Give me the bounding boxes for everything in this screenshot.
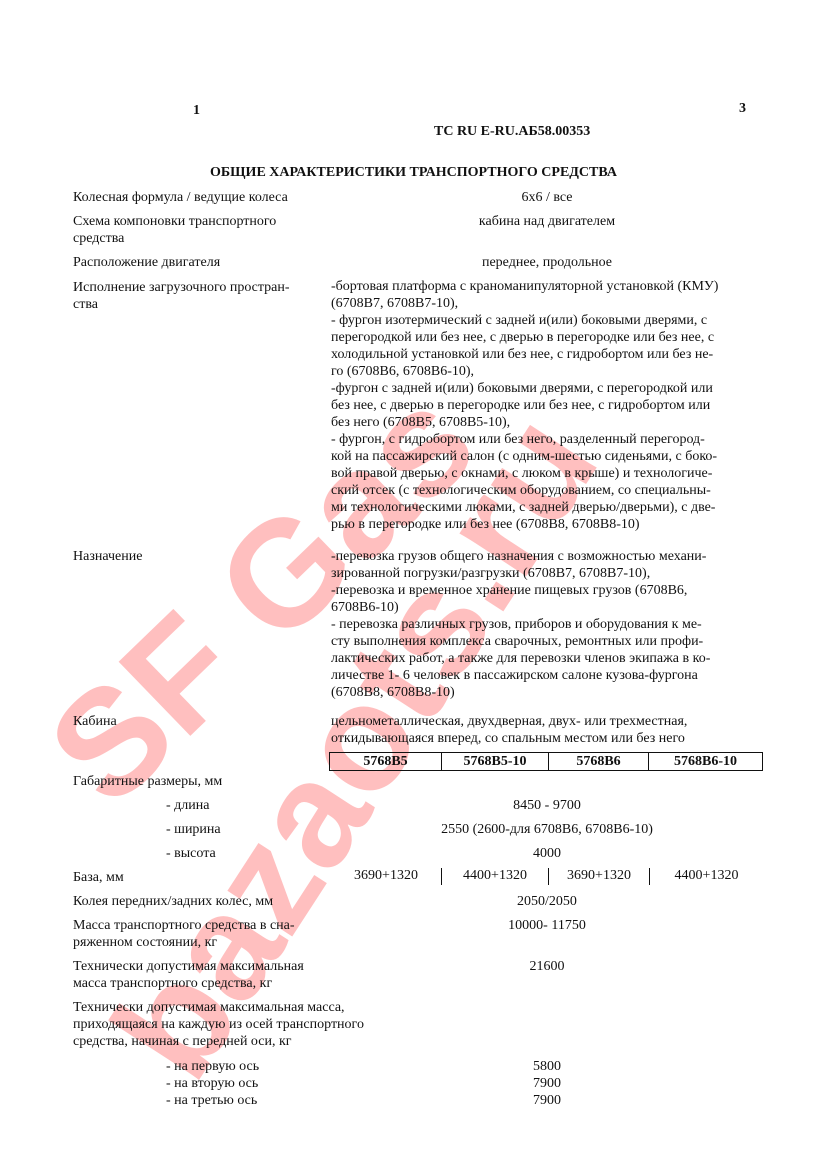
- purpose-line: -перевозка грузов общего назначения с во…: [331, 548, 763, 565]
- length-value: 8450 - 9700: [331, 797, 763, 814]
- width-label: - ширина: [166, 821, 221, 838]
- cargo-line: вой правой дверью, с окнами, с люком в к…: [331, 465, 763, 482]
- track-value: 2050/2050: [331, 893, 763, 910]
- cargo-line: - фургон, с гидробортом или без него, ра…: [331, 431, 763, 448]
- purpose-label: Назначение: [73, 548, 328, 565]
- cargo-line: перегородкой или без нее, с дверью в пер…: [331, 329, 763, 346]
- curb-mass-label-line: ряженном состоянии, кг: [73, 934, 328, 951]
- cargo-line: ский отсек (с технологическим оборудован…: [331, 482, 763, 499]
- cargo-space-label-line: Исполнение загрузочного простран-: [73, 279, 328, 296]
- purpose-line: -перевозка и временное хранение пищевых …: [331, 582, 763, 599]
- axle-1-label: - на первую ось: [166, 1058, 259, 1075]
- wheelbase-value: 3690+1320: [331, 867, 441, 887]
- page-title: ОБЩИЕ ХАРАКТЕРИСТИКИ ТРАНСПОРТНОГО СРЕДС…: [73, 164, 754, 181]
- curb-mass-value: 10000- 11750: [331, 917, 763, 934]
- axle-3-value: 7900: [331, 1092, 763, 1109]
- width-value: 2550 (2600-для 6708В6, 6708В6-10): [331, 821, 763, 838]
- purpose-line: зированной погрузки/разгрузки (6708В7, 6…: [331, 565, 763, 582]
- cargo-line: го (6708В6, 6708В6-10),: [331, 363, 763, 380]
- wheel-formula-value: 6x6 / все: [331, 189, 763, 206]
- model-column-header: 5768В6-10: [649, 753, 762, 770]
- max-mass-label-line: Технически допустимая максимальная: [73, 958, 328, 975]
- cargo-line: рью в перегородке или без нее (6708В8, 6…: [331, 516, 763, 533]
- wheelbase-value: 4400+1320: [442, 867, 548, 887]
- axle-mass-label-line: средства, начиная с передней оси, кг: [73, 1033, 413, 1050]
- cargo-space-label: Исполнение загрузочного простран- ства: [73, 279, 328, 313]
- axle-2-value: 7900: [331, 1075, 763, 1092]
- purpose-line: (6708В8, 6708В8-10): [331, 684, 763, 701]
- model-header-table: 5768В5 5768В5-10 5768В6 5768В6-10: [329, 752, 763, 771]
- cargo-space-label-line: ства: [73, 296, 328, 313]
- max-mass-value: 21600: [331, 958, 763, 975]
- cargo-line: ми технологическими люками, с задней две…: [331, 499, 763, 516]
- purpose-line: сту выполнения комплекса сварочных, ремо…: [331, 633, 763, 650]
- cargo-line: -фургон с задней и(или) боковыми дверями…: [331, 380, 763, 397]
- document-number: TC RU E-RU.АБ58.00353: [434, 123, 590, 140]
- layout-label-line: Схема компоновки транспортного: [73, 213, 328, 230]
- page-number-left: 1: [193, 102, 200, 119]
- page-number-right: 3: [739, 100, 746, 117]
- axle-1-value: 5800: [331, 1058, 763, 1075]
- model-column-header: 5768В5: [330, 753, 442, 770]
- purpose-line: 6708В6-10): [331, 599, 763, 616]
- cargo-line: -бортовая платформа с краноманипуляторно…: [331, 278, 763, 295]
- cargo-line: холодильной установкой или без нее, с ги…: [331, 346, 763, 363]
- length-label: - длина: [166, 797, 209, 814]
- cargo-line: без нее, с дверью в перегородке или без …: [331, 397, 763, 414]
- cargo-line: (6708В7, 6708В7-10),: [331, 295, 763, 312]
- layout-label: Схема компоновки транспортного средства: [73, 213, 328, 247]
- axle-2-label: - на вторую ось: [166, 1075, 258, 1092]
- cabin-value: цельнометаллическая, двухдверная, двух- …: [331, 713, 763, 747]
- wheel-formula-label: Колесная формула / ведущие колеса: [73, 189, 328, 206]
- axle-mass-label-line: Технически допустимая максимальная масса…: [73, 999, 413, 1016]
- purpose-value: -перевозка грузов общего назначения с во…: [331, 548, 763, 701]
- axle-mass-label: Технически допустимая максимальная масса…: [73, 999, 413, 1050]
- axle-3-label: - на третью ось: [166, 1092, 257, 1109]
- model-column-header: 5768В6: [549, 753, 649, 770]
- height-value: 4000: [331, 845, 763, 862]
- cargo-space-value: -бортовая платформа с краноманипуляторно…: [331, 278, 763, 533]
- cabin-line: откидывающаяся вперед, со спальным место…: [331, 730, 763, 747]
- cargo-line: - фургон изотермический с задней и(или) …: [331, 312, 763, 329]
- cabin-line: цельнометаллическая, двухдверная, двух- …: [331, 713, 763, 730]
- curb-mass-label: Масса транспортного средства в сна- ряже…: [73, 917, 328, 951]
- cabin-label: Кабина: [73, 713, 328, 730]
- track-label: Колея передних/задних колес, мм: [73, 893, 328, 910]
- model-column-header: 5768В5-10: [442, 753, 549, 770]
- height-label: - высота: [166, 845, 216, 862]
- purpose-line: личестве 1- 6 человек в пассажирском сал…: [331, 667, 763, 684]
- cargo-line: кой на пассажирский салон (с одним-шесть…: [331, 448, 763, 465]
- wheelbase-value: 4400+1320: [650, 867, 763, 887]
- purpose-line: лактических работ, а также для перевозки…: [331, 650, 763, 667]
- purpose-line: - перевозка различных грузов, приборов и…: [331, 616, 763, 633]
- document-page: 1 3 TC RU E-RU.АБ58.00353 ОБЩИЕ ХАРАКТЕР…: [0, 0, 827, 1170]
- engine-position-value: переднее, продольное: [331, 254, 763, 271]
- wheelbase-values: 3690+1320 4400+1320 3690+1320 4400+1320: [331, 867, 763, 887]
- engine-position-label: Расположение двигателя: [73, 254, 328, 271]
- max-mass-label-line: масса транспортного средства, кг: [73, 975, 328, 992]
- max-mass-label: Технически допустимая максимальная масса…: [73, 958, 328, 992]
- layout-label-line: средства: [73, 230, 328, 247]
- layout-value: кабина над двигателем: [331, 213, 763, 230]
- axle-mass-label-line: приходящаяся на каждую из осей транспорт…: [73, 1016, 413, 1033]
- wheelbase-value: 3690+1320: [549, 867, 649, 887]
- wheelbase-label: База, мм: [73, 869, 328, 886]
- curb-mass-label-line: Масса транспортного средства в сна-: [73, 917, 328, 934]
- cargo-line: без него (6708В5, 6708В5-10),: [331, 414, 763, 431]
- dimensions-label: Габаритные размеры, мм: [73, 773, 328, 790]
